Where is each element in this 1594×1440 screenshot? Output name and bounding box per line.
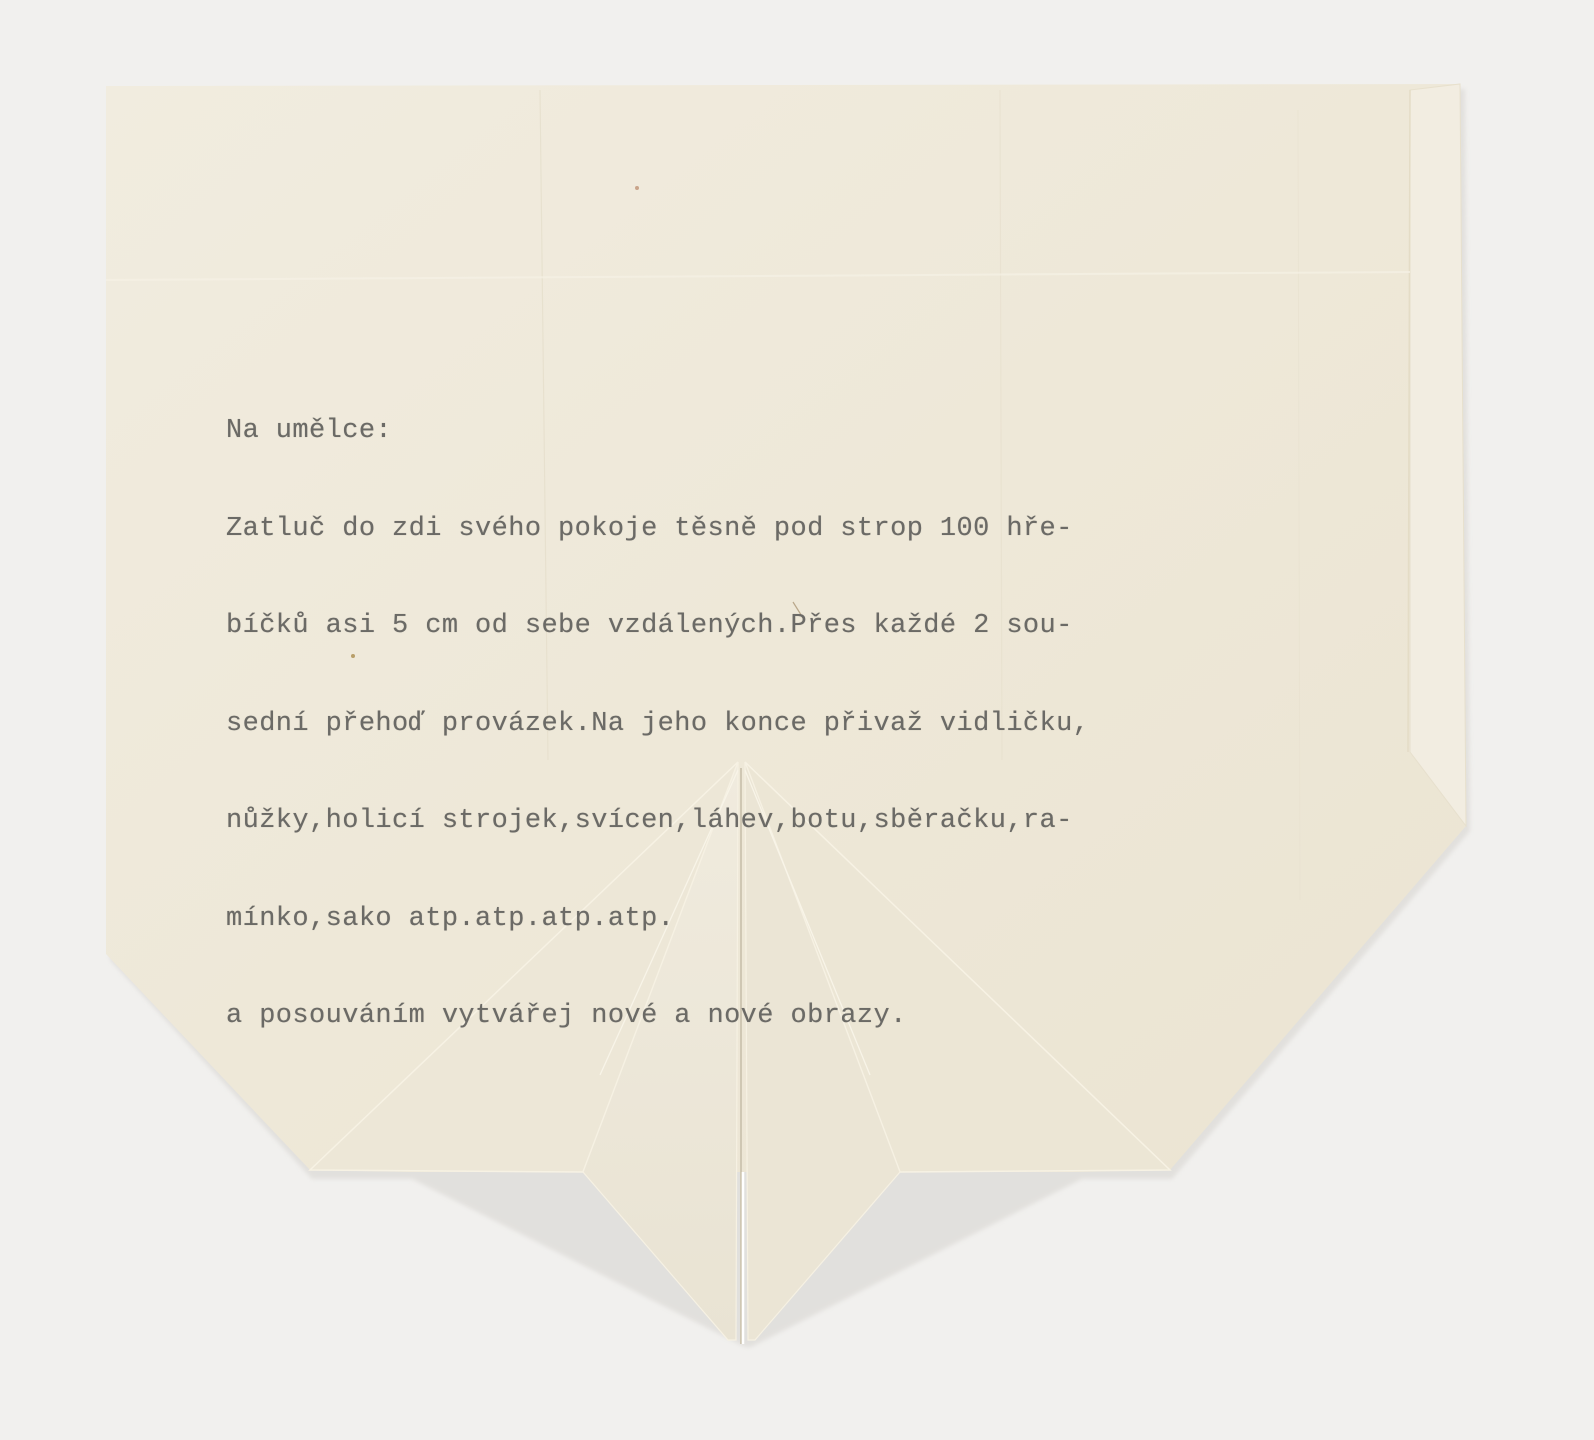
artwork-stage: Na umělce: Zatluč do zdi svého pokoje tě… (0, 0, 1594, 1440)
right-fold-strip (1410, 84, 1466, 826)
text-line: a posouváním vytvářej nové a nové obrazy… (226, 1000, 1286, 1033)
text-line: nůžky,holicí strojek,svícen,láhev,botu,s… (226, 805, 1286, 838)
text-heading: Na umělce: (226, 415, 1286, 448)
text-line: mínko,sako atp.atp.atp.atp. (226, 903, 1286, 936)
typewritten-text: Na umělce: Zatluč do zdi svého pokoje tě… (226, 350, 1286, 1098)
text-line: Zatluč do zdi svého pokoje těsně pod str… (226, 513, 1286, 546)
text-line: sední přehoď provázek.Na jeho konce přiv… (226, 708, 1286, 741)
text-line: bíčků asi 5 cm od sebe vzdálených.Přes k… (226, 610, 1286, 643)
